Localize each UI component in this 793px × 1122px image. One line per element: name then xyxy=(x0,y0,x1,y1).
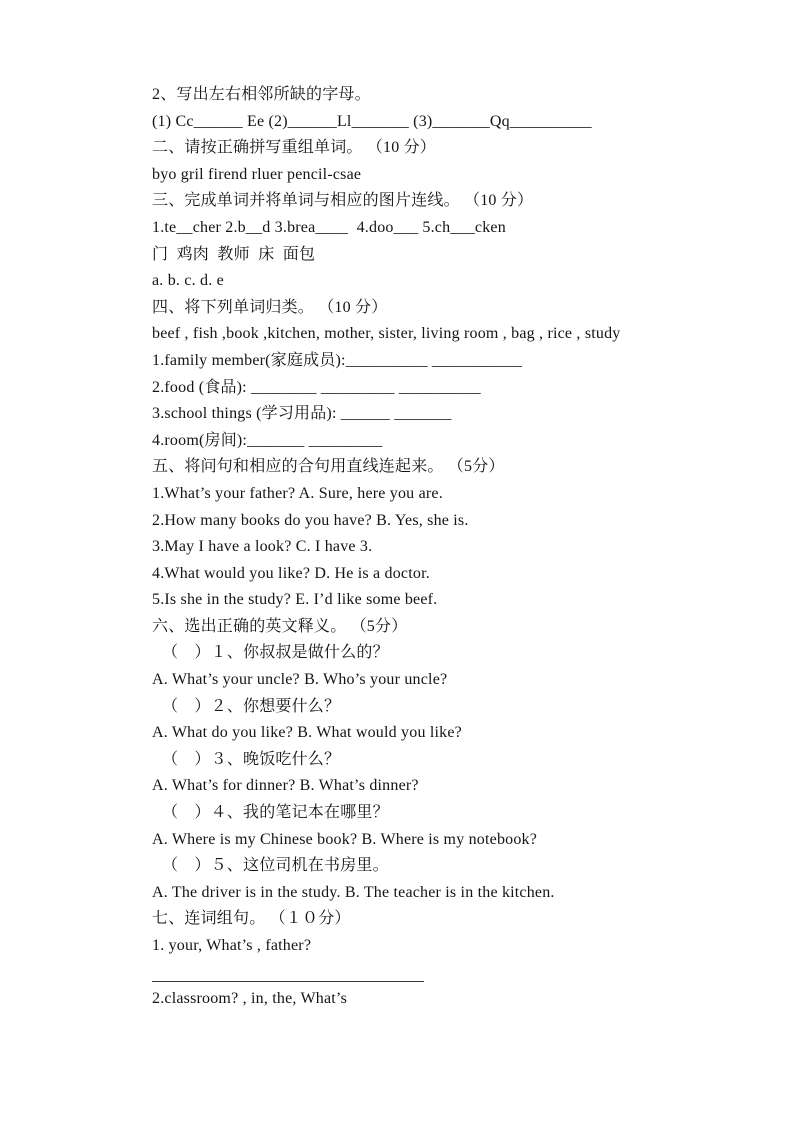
section-4-item-1: 1.family member(家庭成员):__________ _______… xyxy=(152,348,652,375)
question-2-blanks: (1) Cc______ Ee (2)______Ll_______ (3)__… xyxy=(152,109,652,136)
section-4-item-3: 3.school things (学习用品): ______ _______ xyxy=(152,401,652,428)
section-2-heading: 二、请按正确拼写重组单词。 （10 分） xyxy=(152,135,652,162)
section-7-heading: 七、连词组句。 （１０分） xyxy=(152,906,652,933)
section-5-item-3: 3.May I have a look? C. I have 3. xyxy=(152,534,652,561)
section-3-letter-options: a. b. c. d. e xyxy=(152,268,652,295)
section-3-heading: 三、完成单词并将单词与相应的图片连线。 （10 分） xyxy=(152,188,652,215)
exam-document-page: 2、写出左右相邻所缺的字母。(1) Cc______ Ee (2)______L… xyxy=(0,0,793,1122)
section-5-item-1: 1.What’s your father? A. Sure, here you … xyxy=(152,481,652,508)
section-7-item-1: 1. your, What’s , father? xyxy=(152,933,652,960)
section-6-question-1: （ ）１、你叔叔是做什么的？ xyxy=(152,640,652,667)
section-5-item-4: 4.What would you like? D. He is a doctor… xyxy=(152,561,652,588)
question-2-heading: 2、写出左右相邻所缺的字母。 xyxy=(152,82,652,109)
section-4-heading: 四、将下列单词归类。 （10 分） xyxy=(152,295,652,322)
section-6-question-4: （ ）４、我的笔记本在哪里？ xyxy=(152,800,652,827)
section-2-scrambled-words: byo gril firend rluer pencil-csae xyxy=(152,162,652,189)
section-7-item-2: 2.classroom? , in, the, What’s xyxy=(152,986,652,1013)
section-3-chinese-words: 门 鸡肉 教师 床 面包 xyxy=(152,242,652,269)
section-6-question-2: （ ）２、你想要什么？ xyxy=(152,694,652,721)
section-4-item-4: 4.room(房间):_______ _________ xyxy=(152,428,652,455)
section-6-heading: 六、选出正确的英文释义。 （5分） xyxy=(152,614,652,641)
section-3-word-items: 1.te__cher 2.b__d 3.brea____ 4.doo___ 5.… xyxy=(152,215,652,242)
section-6-options-1: A. What’s your uncle? B. Who’s your uncl… xyxy=(152,667,652,694)
exam-page-content: 2、写出左右相邻所缺的字母。(1) Cc______ Ee (2)______L… xyxy=(152,82,652,1013)
answer-blank-rule xyxy=(152,960,424,982)
section-7-answer-rule xyxy=(152,960,652,987)
section-6-options-4: A. Where is my Chinese book? B. Where is… xyxy=(152,827,652,854)
section-6-options-5: A. The driver is in the study. B. The te… xyxy=(152,880,652,907)
section-5-item-2: 2.How many books do you have? B. Yes, sh… xyxy=(152,508,652,535)
section-6-options-3: A. What’s for dinner? B. What’s dinner? xyxy=(152,773,652,800)
section-5-item-5: 5.Is she in the study? E. I’d like some … xyxy=(152,587,652,614)
section-5-heading: 五、将问句和相应的合句用直线连起来。 （5分） xyxy=(152,454,652,481)
section-4-word-bank: beef , fish ,book ,kitchen, mother, sist… xyxy=(152,321,652,348)
section-6-question-5: （ ）５、这位司机在书房里。 xyxy=(152,853,652,880)
section-6-question-3: （ ）３、晚饭吃什么？ xyxy=(152,747,652,774)
section-4-item-2: 2.food (食品): ________ _________ ________… xyxy=(152,375,652,402)
section-6-options-2: A. What do you like? B. What would you l… xyxy=(152,720,652,747)
